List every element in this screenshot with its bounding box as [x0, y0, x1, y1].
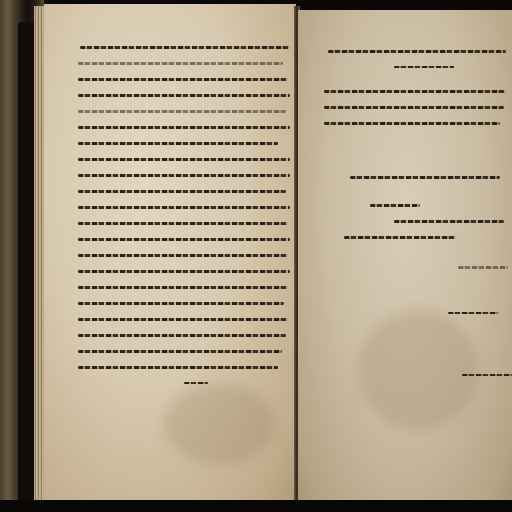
paper-stain: [164, 384, 274, 464]
handwritten-line: [78, 366, 278, 369]
handwritten-line: [324, 122, 500, 125]
handwritten-line: [78, 62, 283, 65]
handwritten-line: [458, 266, 508, 269]
handwritten-line: [78, 158, 290, 161]
handwritten-line: [78, 94, 290, 97]
paper-stain: [358, 310, 478, 430]
handwritten-line: [344, 236, 456, 239]
handwritten-line: [78, 254, 288, 257]
handwritten-line: [78, 142, 278, 145]
handwritten-line: [78, 126, 290, 129]
handwritten-line: [78, 334, 286, 337]
handwritten-line: [78, 190, 286, 193]
right-page: [298, 10, 512, 500]
handwritten-line: [78, 110, 286, 113]
handwritten-line: [184, 382, 208, 384]
handwritten-line: [80, 46, 290, 49]
handwritten-line: [78, 174, 290, 177]
table-shadow: [0, 500, 512, 512]
handwritten-line: [324, 106, 504, 109]
handwritten-line: [328, 50, 506, 53]
handwritten-line: [324, 90, 506, 93]
photo-scene: [0, 0, 512, 512]
handwritten-line: [394, 220, 504, 223]
left-page: [44, 4, 296, 500]
handwritten-line: [78, 350, 282, 353]
handwritten-line: [448, 312, 498, 314]
handwritten-line: [78, 318, 288, 321]
handwritten-line: [370, 204, 420, 207]
handwritten-line: [78, 222, 288, 225]
handwritten-line: [350, 176, 500, 179]
handwritten-line: [78, 206, 290, 209]
handwritten-line: [78, 286, 288, 289]
handwritten-line: [462, 374, 512, 376]
handwritten-line: [78, 270, 290, 273]
handwritten-line: [78, 78, 288, 81]
handwritten-line: [78, 238, 290, 241]
handwritten-line: [394, 66, 454, 68]
handwritten-line: [78, 302, 284, 305]
